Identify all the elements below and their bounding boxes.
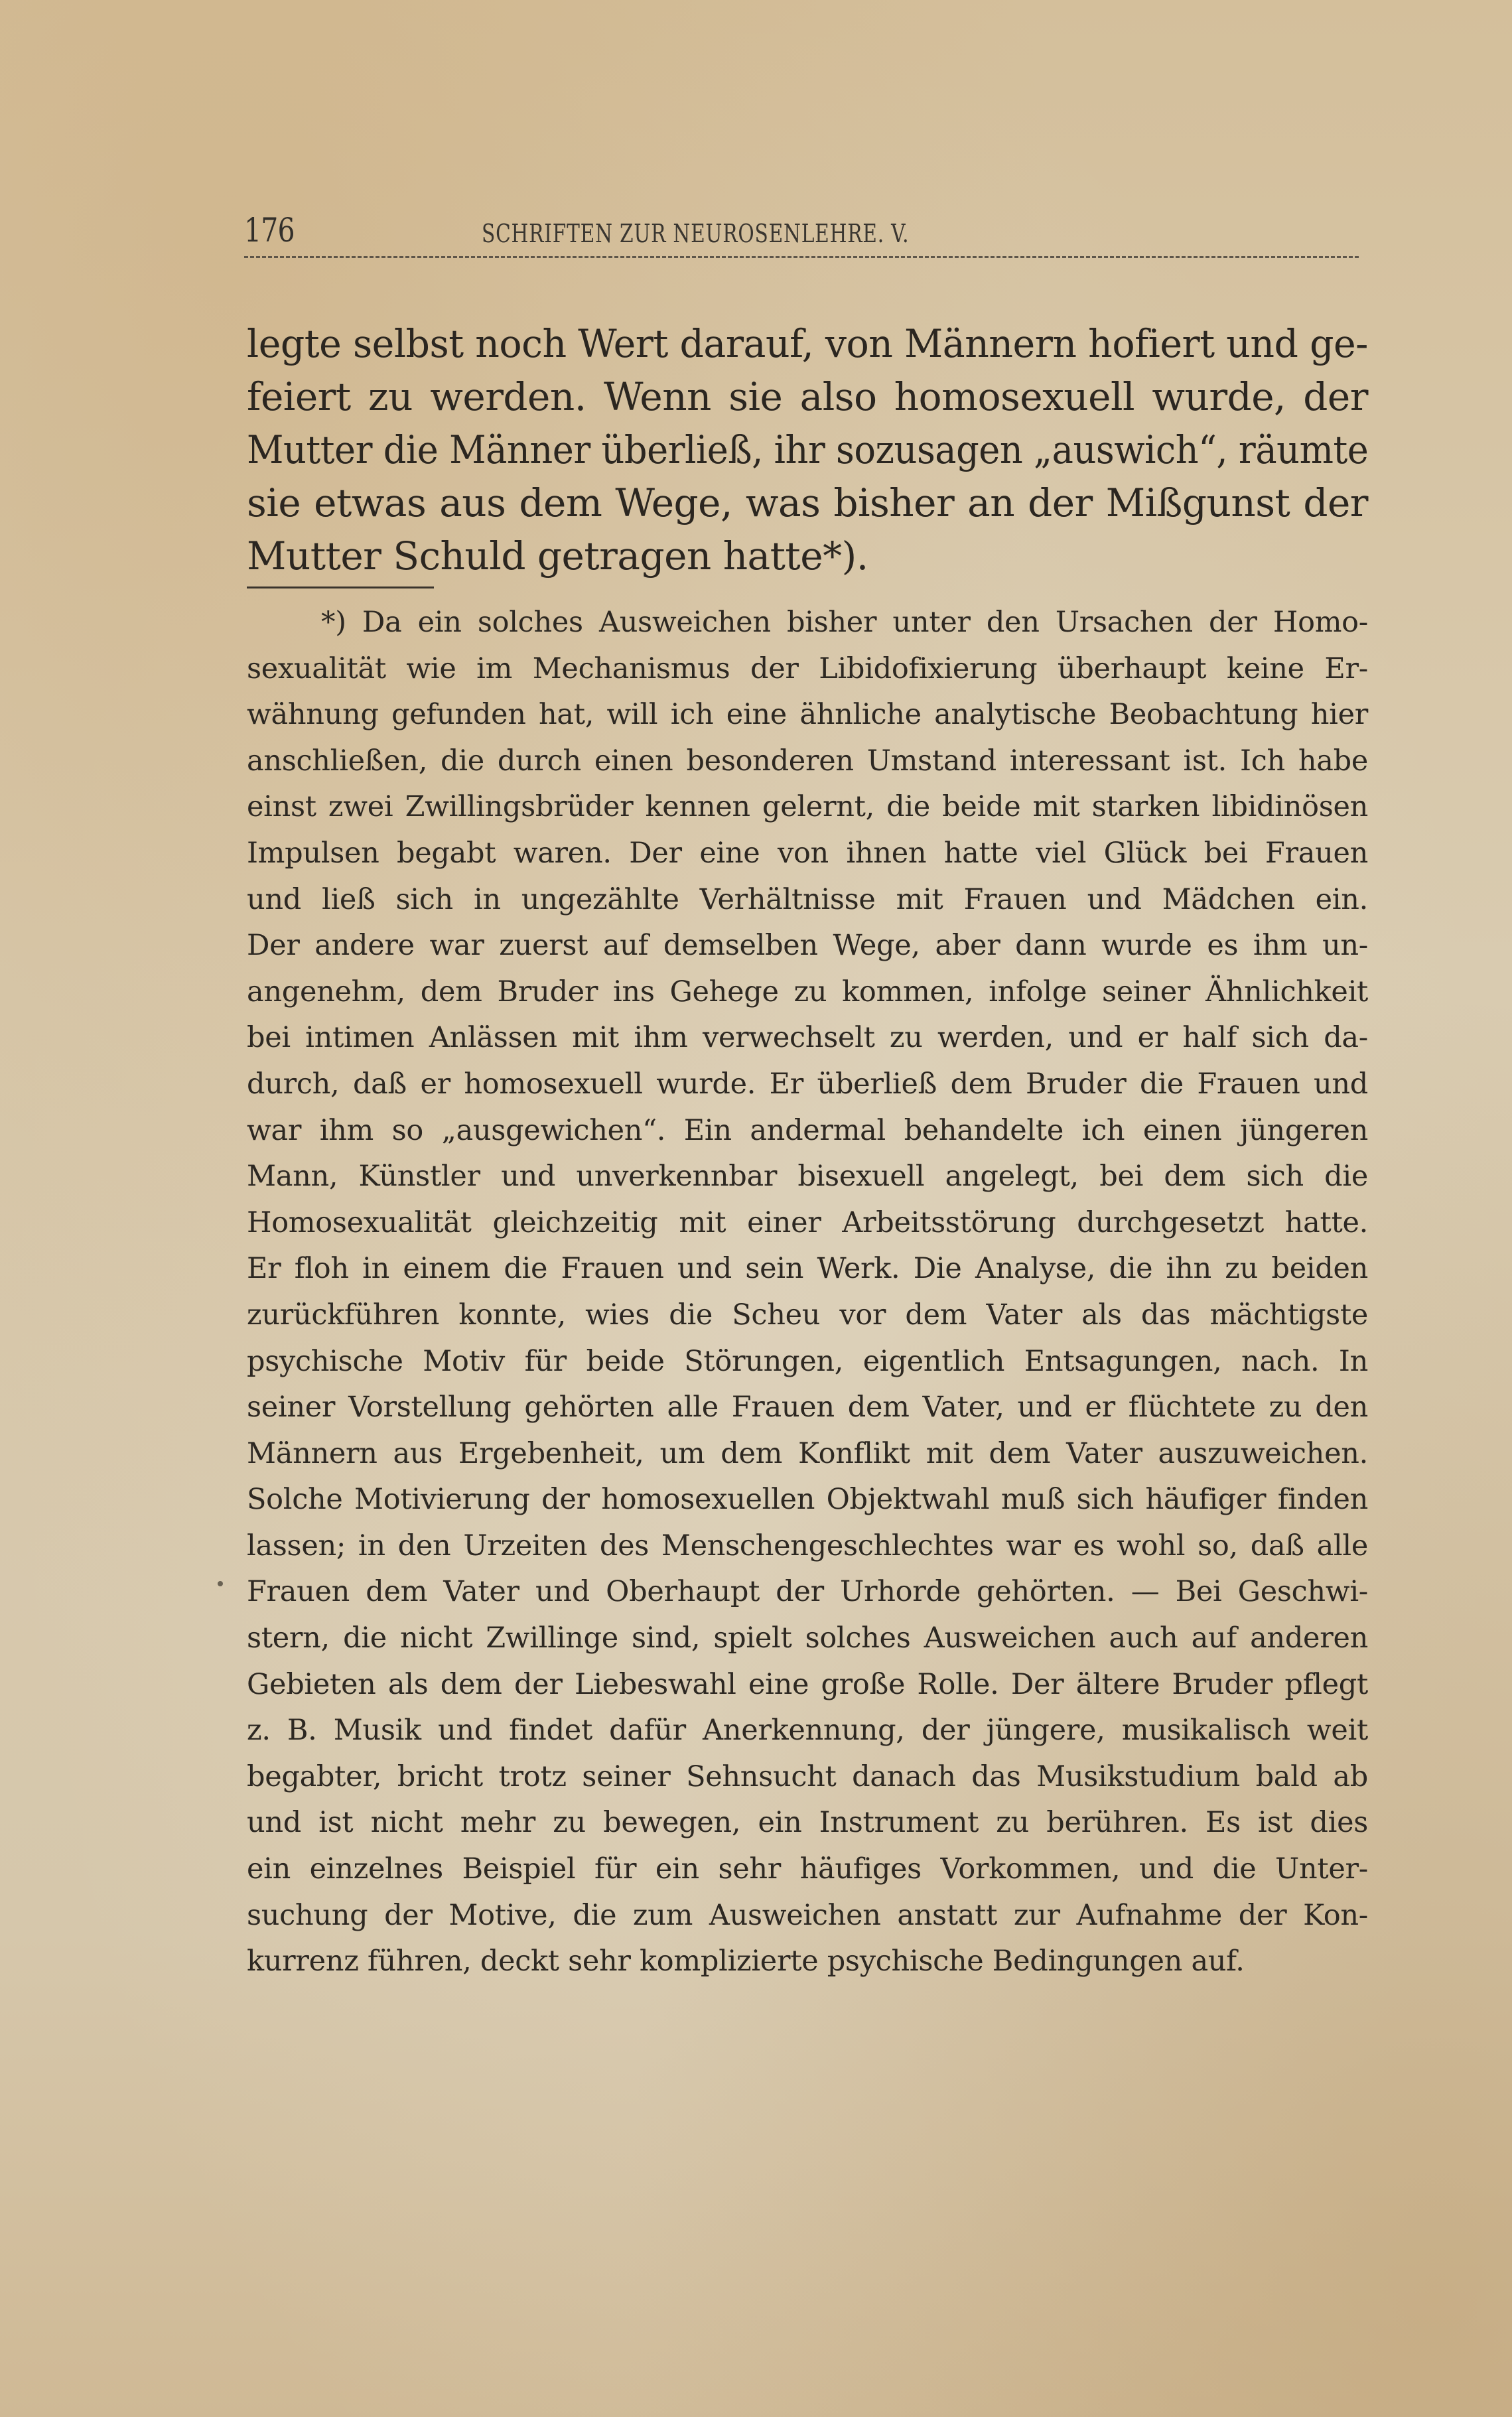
footnote-line: Der andere war zuerst auf demselben Wege… <box>247 923 1368 969</box>
footnote-line: z. B. Musik und findet dafür Anerkennung… <box>247 1708 1368 1754</box>
footnote-line: Impulsen begabt waren. Der eine von ihne… <box>247 831 1368 877</box>
footnote-line: begabter, bricht trotz seiner Sehnsucht … <box>247 1754 1368 1801</box>
footnote-line: war ihm so „ausgewichen“. Ein andermal b… <box>247 1108 1368 1154</box>
footnote-line: sexualität wie im Mechanismus der Libido… <box>247 646 1368 693</box>
footnote-line: anschließen, die durch einen besonderen … <box>247 738 1368 785</box>
footnote-divider <box>247 587 434 588</box>
main-text: legte selbst noch Wert darauf, von Männe… <box>247 317 1368 583</box>
footnote-line: wähnung gefunden hat, will ich eine ähnl… <box>247 692 1368 738</box>
footnote: *) Da ein solches Ausweichen bisher unte… <box>247 600 1368 1985</box>
text-line: legte selbst noch Wert darauf, von Männe… <box>247 317 1368 370</box>
running-title: SCHRIFTEN ZUR NEUROSENLEHRE. V. <box>482 219 909 248</box>
footnote-line: einst zwei Zwillingsbrüder kennen gelern… <box>247 784 1368 831</box>
text-line: feiert zu werden. Wenn sie also homosexu… <box>247 370 1368 423</box>
paper-speck <box>218 1581 223 1586</box>
footnote-line: Solche Motivierung der homosexuellen Obj… <box>247 1477 1368 1523</box>
footnote-line: zurückführen konnte, wies die Scheu vor … <box>247 1292 1368 1339</box>
footnote-line: suchung der Motive, die zum Ausweichen a… <box>247 1893 1368 1939</box>
book-page: 176 SCHRIFTEN ZUR NEUROSENLEHRE. V. legt… <box>0 0 1512 2417</box>
footnote-line: und ließ sich in ungezählte Verhältnisse… <box>247 877 1368 924</box>
page-number: 176 <box>244 211 295 249</box>
footnote-line: und ist nicht mehr zu bewegen, ein Instr… <box>247 1800 1368 1846</box>
footnote-line: Mann, Künstler und unverkennbar bisexuel… <box>247 1154 1368 1200</box>
footnote-line: bei intimen Anlässen mit ihm verwechselt… <box>247 1015 1368 1062</box>
text-line: Mutter Schuld getragen hatte*). <box>247 529 1368 583</box>
footnote-line: durch, daß er homosexuell wurde. Er über… <box>247 1062 1368 1108</box>
footnote-line: seiner Vorstellung gehörten alle Frauen … <box>247 1385 1368 1431</box>
footnote-line: Er floh in einem die Frauen und sein Wer… <box>247 1246 1368 1292</box>
footnote-line: Homosexualität gleichzeitig mit einer Ar… <box>247 1200 1368 1247</box>
footnote-line: lassen; in den Urzeiten des Menschengesc… <box>247 1523 1368 1570</box>
footnote-line: Gebieten als dem der Liebeswahl eine gro… <box>247 1662 1368 1708</box>
footnote-line: angenehm, dem Bruder ins Gehege zu komme… <box>247 969 1368 1016</box>
page-header: 176 SCHRIFTEN ZUR NEUROSENLEHRE. V. <box>244 211 1359 251</box>
footnote-line: *) Da ein solches Ausweichen bisher unte… <box>247 600 1368 646</box>
footnote-line: stern, die nicht Zwillinge sind, spielt … <box>247 1616 1368 1662</box>
footnote-line: Frauen dem Vater und Oberhaupt der Urhor… <box>247 1569 1368 1616</box>
footnote-line: ein einzelnes Beispiel für ein sehr häuf… <box>247 1846 1368 1893</box>
footnote-line: psychische Motiv für beide Störungen, ei… <box>247 1339 1368 1385</box>
footnote-line: Männern aus Ergebenheit, um dem Konflikt… <box>247 1431 1368 1478</box>
text-line: Mutter die Männer überließ, ihr sozusage… <box>247 423 1368 476</box>
header-divider <box>244 256 1359 258</box>
footnote-line: kurrenz führen, deckt sehr komplizierte … <box>247 1939 1368 1985</box>
text-line: sie etwas aus dem Wege, was bisher an de… <box>247 476 1368 529</box>
